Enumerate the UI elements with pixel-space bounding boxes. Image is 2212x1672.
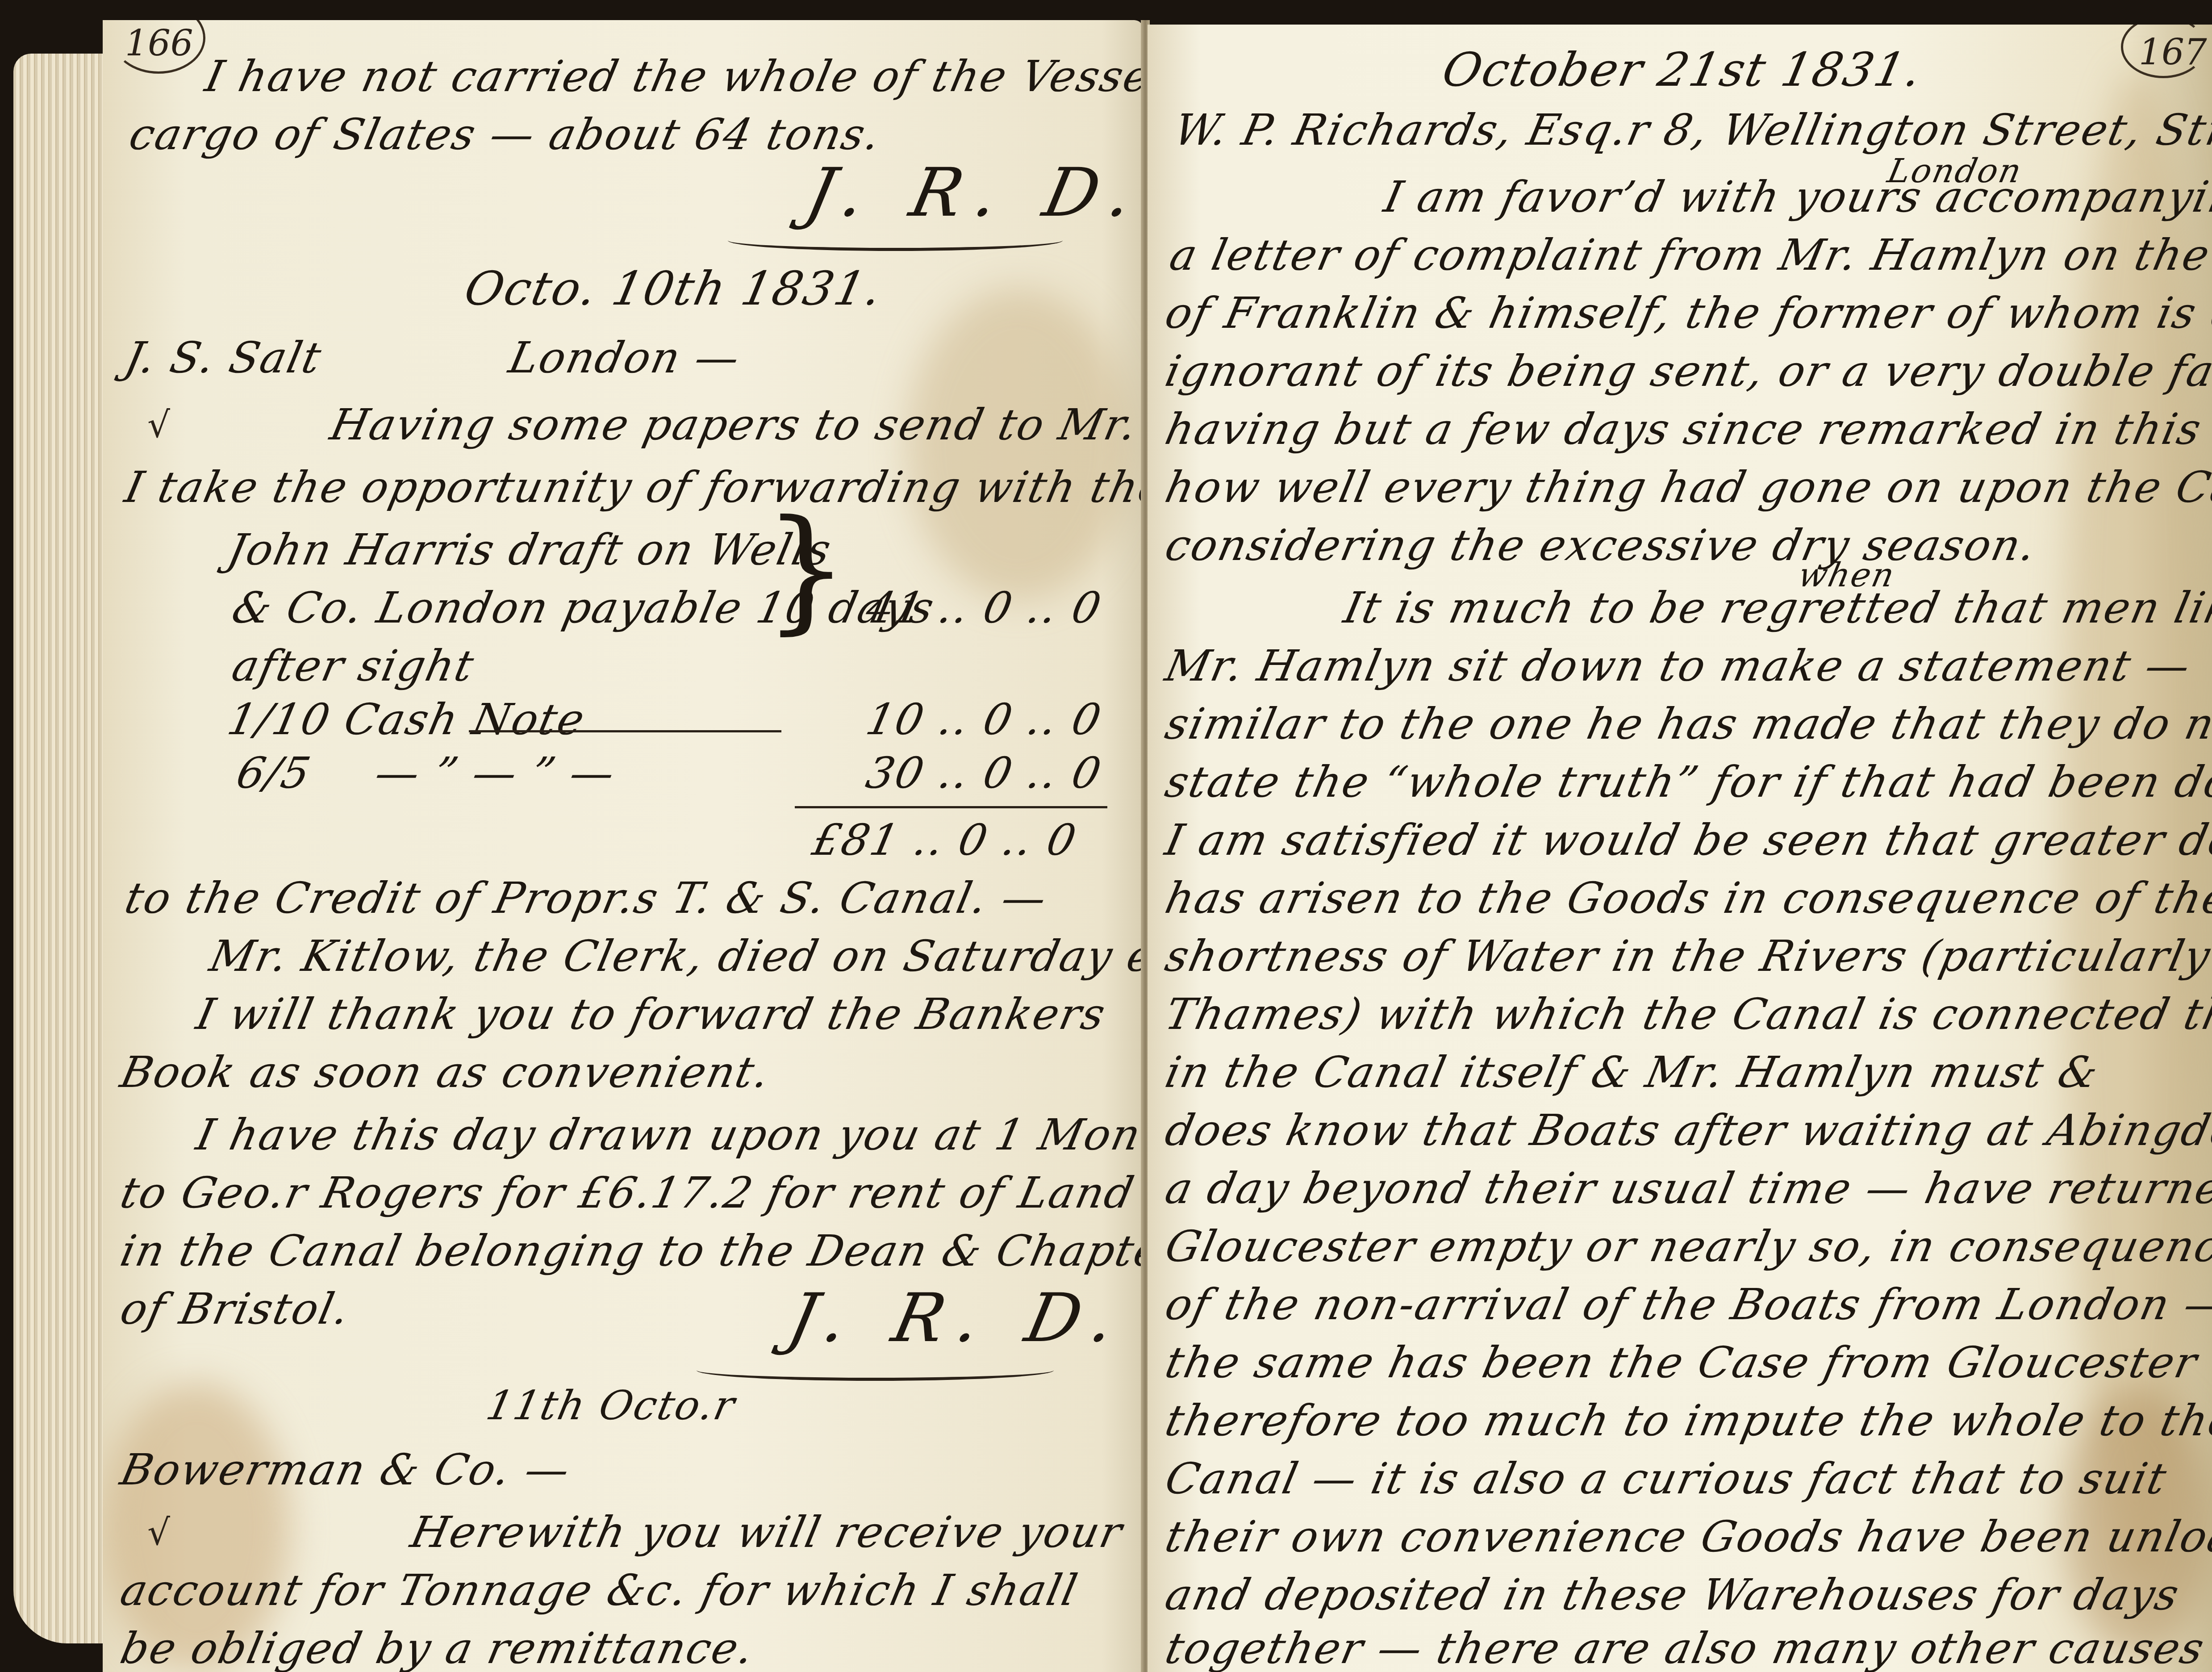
text-line: how well every thing had gone on upon th… (1161, 462, 2212, 512)
text-line: Mr. Kitlow, the Clerk, died on Saturday … (205, 931, 1143, 981)
signature-flourish (697, 1360, 1054, 1381)
ledger-leader (469, 730, 781, 732)
recipient: J. S. Salt (121, 333, 327, 383)
text-line: together — there are also many other cau… (1161, 1623, 2209, 1672)
ditto-marks: — ” — ” — (371, 748, 620, 798)
ledger-label: 1/10 Cash Note (223, 694, 590, 744)
ledger-total: £81 .. 0 .. 0 (808, 815, 1081, 865)
text-line: I am satisfied it would be seen that gre… (1161, 815, 2212, 865)
page-number: 166 (125, 22, 193, 64)
text-line: Herewith you will receive your (406, 1507, 1127, 1557)
check-mark-icon: √ (147, 404, 170, 446)
text-line: to Geo.r Rogers for £6.17.2 for rent of … (116, 1168, 1139, 1218)
text-line: cargo of Slates — about 64 tons. (125, 109, 886, 159)
text-line: Thames) with which the Canal is connecte… (1161, 989, 2212, 1039)
text-line: shortness of Water in the Rivers (partic… (1161, 931, 2212, 981)
text-line: of the non-arrival of the Boats from Lon… (1161, 1279, 2212, 1329)
text-line: Mr. Hamlyn sit down to make a statement … (1161, 641, 2195, 691)
text-line: of Bristol. (116, 1284, 355, 1334)
letter-date: Octo. 10th 1831. (460, 261, 888, 316)
brace: } (764, 502, 849, 636)
ledger-amount: 30 .. 0 .. 0 (862, 748, 1106, 798)
signature: J. R. D. (799, 154, 1143, 232)
text-line: ignorant of its being sent, or a very do… (1161, 346, 2212, 396)
letter-date: 11th Octo.r (482, 1382, 740, 1429)
text-line: state the “whole truth” for if that had … (1161, 757, 2212, 807)
text-line: a day beyond their usual time — have ret… (1161, 1163, 2212, 1213)
text-line: and deposited in these Warehouses for da… (1161, 1570, 2184, 1620)
signature-flourish (728, 230, 1063, 251)
total-rule (795, 806, 1107, 808)
right-page: 167 October 21st 1831. W. P. Richards, E… (1148, 25, 2212, 1672)
ledger-label: 6/5 (232, 748, 316, 798)
open-letter-book: 166 I have not carried the whole of the … (0, 0, 2212, 1672)
text-line: therefore too much to impute the whole t… (1161, 1396, 2212, 1446)
text-line: account for Tonnage &c. for which I shal… (116, 1565, 1083, 1615)
recipient: W. P. Richards, Esq.r 8, Wellington Stre… (1170, 105, 2212, 155)
text-line: Book as soon as convenient. (116, 1047, 775, 1097)
text-line: of Franklin & himself, the former of who… (1161, 288, 2212, 338)
text-line: I have this day drawn upon you at 1 Mont… (192, 1110, 1143, 1160)
text-line: I will thank you to forward the Bankers (192, 989, 1110, 1039)
text-line: be obliged by a remittance. (116, 1623, 759, 1672)
left-page: 166 I have not carried the whole of the … (103, 20, 1143, 1672)
recipient: Bowerman & Co. — (116, 1445, 575, 1495)
page-edges (13, 54, 116, 1643)
text-line: the same has been the Case from Gloucest… (1161, 1338, 2212, 1388)
recipient-location: London — (505, 333, 745, 383)
signature: J. R. D. (781, 1279, 1135, 1357)
page-number: 167 (2139, 31, 2207, 73)
text-line: in the Canal belonging to the Dean & Cha… (116, 1226, 1143, 1276)
text-line: a letter of complaint from Mr. Hamlyn on… (1165, 230, 2212, 280)
text-line: considering the excessive dry season. (1161, 520, 2041, 570)
ledger-label: after sight (228, 641, 479, 691)
text-line: It is much to be regretted that men like (1340, 583, 2212, 633)
text-line: their own convenience Goods have been un… (1161, 1512, 2212, 1562)
text-line: having but a few days since remarked in … (1161, 404, 2212, 454)
letter-date: October 21st 1831. (1438, 42, 1928, 97)
text-line: I am favor’d with yours accompanying (1380, 172, 2212, 222)
text-line: in the Canal itself & Mr. Hamlyn must & (1161, 1047, 2103, 1097)
text-line: I have not carried the whole of the Vess… (201, 51, 1143, 101)
check-mark-icon: √ (147, 1512, 170, 1553)
ledger-label: John Harris draft on Wells (223, 525, 836, 575)
text-line: Gloucester empty or nearly so, in conseq… (1161, 1221, 2212, 1271)
ledger-amount: 41 .. 0 .. 0 (862, 583, 1106, 633)
ledger-amount: 10 .. 0 .. 0 (862, 694, 1106, 744)
text-line: Canal — it is also a curious fact that t… (1161, 1454, 2172, 1504)
text-line: I take the opportunity of forwarding wit… (121, 462, 1143, 512)
text-line: Having some papers to send to Mr. Palmer… (326, 400, 1143, 450)
text-line: does know that Boats after waiting at Ab… (1161, 1105, 2212, 1155)
text-line: has arisen to the Goods in consequence o… (1161, 873, 2212, 923)
text-line: similar to the one he has made that they… (1161, 699, 2212, 749)
text-line: to the Credit of Propr.s T. & S. Canal. … (121, 873, 1052, 923)
